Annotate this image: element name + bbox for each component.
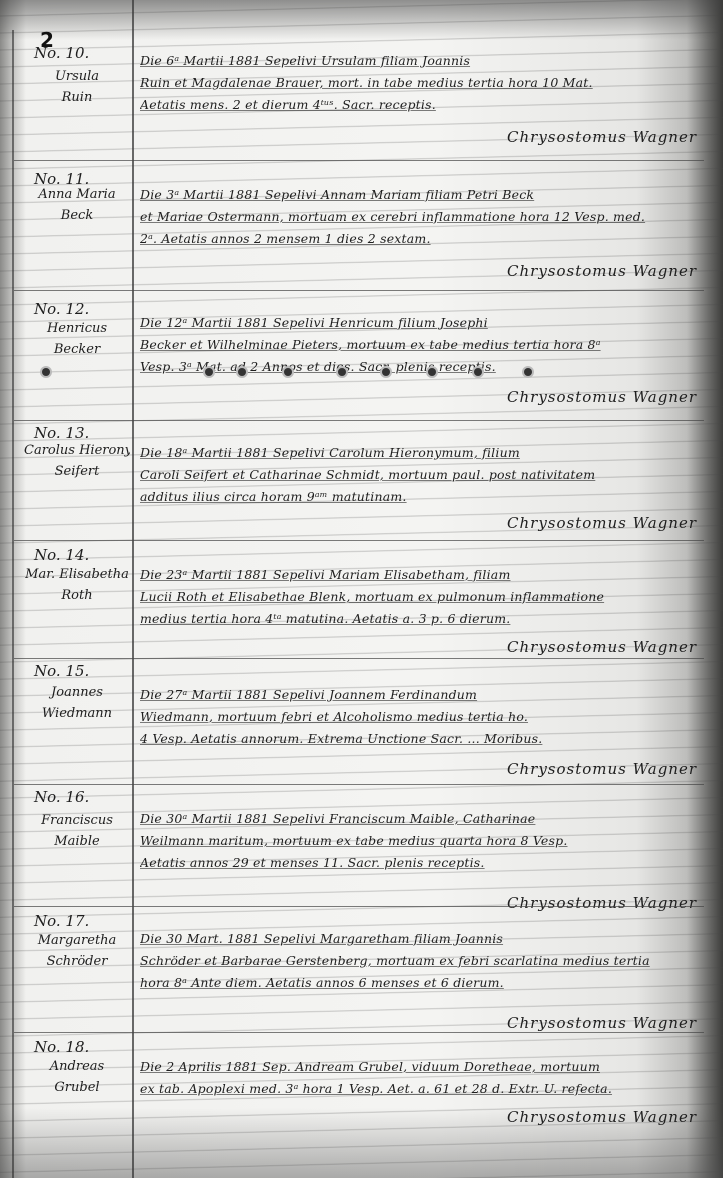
name-line: Seifert xyxy=(24,461,130,482)
name-line: Mar. Elisabetha xyxy=(24,564,130,585)
entry-number: No. 10. xyxy=(34,44,89,62)
entry-divider xyxy=(14,784,704,785)
priest-signature: Chrysostomus Wagner xyxy=(507,760,697,778)
name-line: Andreas xyxy=(24,1056,130,1077)
entry-text: Die 30ᵃ Martii 1881 Sepelivi Franciscum … xyxy=(140,808,700,874)
text-line: 2ᵃ. Aetatis annos 2 mensem 1 dies 2 sext… xyxy=(140,228,700,250)
deceased-name: Ursula Ruin xyxy=(24,66,130,108)
entry-text: Die 30 Mart. 1881 Sepelivi Margaretham f… xyxy=(140,928,700,994)
deceased-name: Joannes Wiedmann xyxy=(24,682,130,724)
text-line: Die 2 Aprilis 1881 Sep. Andream Grubel, … xyxy=(140,1056,700,1078)
name-line: Carolus Hieronymus xyxy=(24,440,130,461)
text-line: Aetatis mens. 2 et dierum 4ᵗᵘˢ. Sacr. re… xyxy=(140,94,700,116)
text-line: et Mariae Ostermann, mortuam ex cerebri … xyxy=(140,206,700,228)
name-line: Henricus xyxy=(24,318,130,339)
entry-number: No. 18. xyxy=(34,1038,89,1056)
text-line: ex tab. Apoplexi med. 3ᵃ hora 1 Vesp. Ae… xyxy=(140,1078,700,1100)
text-line: Die 12ᵃ Martii 1881 Sepelivi Henricum fi… xyxy=(140,312,700,334)
deceased-name: Andreas Grubel xyxy=(24,1056,130,1098)
entry-number: No. 17. xyxy=(34,912,89,930)
entry-text: Die 27ᵃ Martii 1881 Sepelivi Joannem Fer… xyxy=(140,684,700,750)
text-line: additus ilius circa horam 9ᵃᵐ matutinam. xyxy=(140,486,700,508)
name-line: Roth xyxy=(24,585,130,606)
column-divider xyxy=(132,0,134,1178)
entry-number: No. 12. xyxy=(34,300,89,318)
entry-text: Die 18ᵃ Martii 1881 Sepelivi Carolum Hie… xyxy=(140,442,700,508)
text-line: Die 3ᵃ Martii 1881 Sepelivi Annam Mariam… xyxy=(140,184,700,206)
binding-hole xyxy=(284,368,292,376)
text-line: medius tertia hora 4ᵗᵃ matutina. Aetatis… xyxy=(140,608,700,630)
entry-divider xyxy=(14,290,704,291)
name-line: Grubel xyxy=(24,1077,130,1098)
name-line: Beck xyxy=(24,205,130,226)
entry-divider xyxy=(14,1032,704,1033)
entry-divider xyxy=(14,906,704,907)
name-line: Franciscus xyxy=(24,810,130,831)
text-line: Die 18ᵃ Martii 1881 Sepelivi Carolum Hie… xyxy=(140,442,700,464)
name-line: Becker xyxy=(24,339,130,360)
binding-hole xyxy=(42,368,50,376)
text-line: Lucii Roth et Elisabethae Blenk, mortuam… xyxy=(140,586,700,608)
scan-shadow-top xyxy=(0,0,723,40)
priest-signature: Chrysostomus Wagner xyxy=(507,1108,697,1126)
binding-hole xyxy=(338,368,346,376)
text-line: Die 6ᵃ Martii 1881 Sepelivi Ursulam fili… xyxy=(140,50,700,72)
priest-signature: Chrysostomus Wagner xyxy=(507,262,697,280)
binding-hole xyxy=(205,368,213,376)
name-line: Schröder xyxy=(24,951,130,972)
deceased-name: Franciscus Maible xyxy=(24,810,130,852)
register-page: 2 No. 10. Ursula Ruin Die 6ᵃ Martii 1881… xyxy=(0,0,723,1178)
binding-hole xyxy=(428,368,436,376)
binding-hole xyxy=(474,368,482,376)
text-line: Ruin et Magdalenae Brauer, mort. in tabe… xyxy=(140,72,700,94)
name-line: Ruin xyxy=(24,87,130,108)
entry-divider xyxy=(14,160,704,161)
entry-number: No. 16. xyxy=(34,788,89,806)
binding-holes xyxy=(0,368,560,378)
deceased-name: Henricus Becker xyxy=(24,318,130,360)
text-line: Weilmann maritum, mortuum ex tabe medius… xyxy=(140,830,700,852)
binding-hole xyxy=(238,368,246,376)
entry-text: Die 3ᵃ Martii 1881 Sepelivi Annam Mariam… xyxy=(140,184,700,250)
text-line: Die 30ᵃ Martii 1881 Sepelivi Franciscum … xyxy=(140,808,700,830)
name-line: Margaretha xyxy=(24,930,130,951)
text-line: Die 23ᵃ Martii 1881 Sepelivi Mariam Elis… xyxy=(140,564,700,586)
text-line: Aetatis annos 29 et menses 11. Sacr. ple… xyxy=(140,852,700,874)
entry-divider xyxy=(14,420,704,421)
entry-text: Die 23ᵃ Martii 1881 Sepelivi Mariam Elis… xyxy=(140,564,700,630)
priest-signature: Chrysostomus Wagner xyxy=(507,894,697,912)
text-line: Wiedmann, mortuum febri et Alcoholismo m… xyxy=(140,706,700,728)
name-line: Maible xyxy=(24,831,130,852)
text-line: Caroli Seifert et Catharinae Schmidt, mo… xyxy=(140,464,700,486)
deceased-name: Margaretha Schröder xyxy=(24,930,130,972)
text-line: Schröder et Barbarae Gerstenberg, mortua… xyxy=(140,950,700,972)
deceased-name: Anna Maria Beck xyxy=(24,184,130,226)
binding-hole xyxy=(524,368,532,376)
entry-divider xyxy=(14,658,704,659)
entry-number: No. 15. xyxy=(34,662,89,680)
deceased-name: Carolus Hieronymus Seifert xyxy=(24,440,130,482)
priest-signature: Chrysostomus Wagner xyxy=(507,514,697,532)
name-line: Wiedmann xyxy=(24,703,130,724)
priest-signature: Chrysostomus Wagner xyxy=(507,638,697,656)
text-line: Becker et Wilhelminae Pieters, mortuum e… xyxy=(140,334,700,356)
name-line: Joannes xyxy=(24,682,130,703)
text-line: hora 8ᵃ Ante diem. Aetatis annos 6 mense… xyxy=(140,972,700,994)
text-line: 4 Vesp. Aetatis annorum. Extrema Unction… xyxy=(140,728,700,750)
text-line: Die 27ᵃ Martii 1881 Sepelivi Joannem Fer… xyxy=(140,684,700,706)
entry-text: Die 2 Aprilis 1881 Sep. Andream Grubel, … xyxy=(140,1056,700,1100)
entry-number: No. 14. xyxy=(34,546,89,564)
priest-signature: Chrysostomus Wagner xyxy=(507,388,697,406)
priest-signature: Chrysostomus Wagner xyxy=(507,1014,697,1032)
deceased-name: Mar. Elisabetha Roth xyxy=(24,564,130,606)
margin-rule xyxy=(12,30,14,1178)
text-line: Die 30 Mart. 1881 Sepelivi Margaretham f… xyxy=(140,928,700,950)
entry-text: Die 6ᵃ Martii 1881 Sepelivi Ursulam fili… xyxy=(140,50,700,116)
entry-divider xyxy=(14,540,704,541)
priest-signature: Chrysostomus Wagner xyxy=(507,128,697,146)
name-line: Ursula xyxy=(24,66,130,87)
binding-hole xyxy=(382,368,390,376)
name-line: Anna Maria xyxy=(24,184,130,205)
